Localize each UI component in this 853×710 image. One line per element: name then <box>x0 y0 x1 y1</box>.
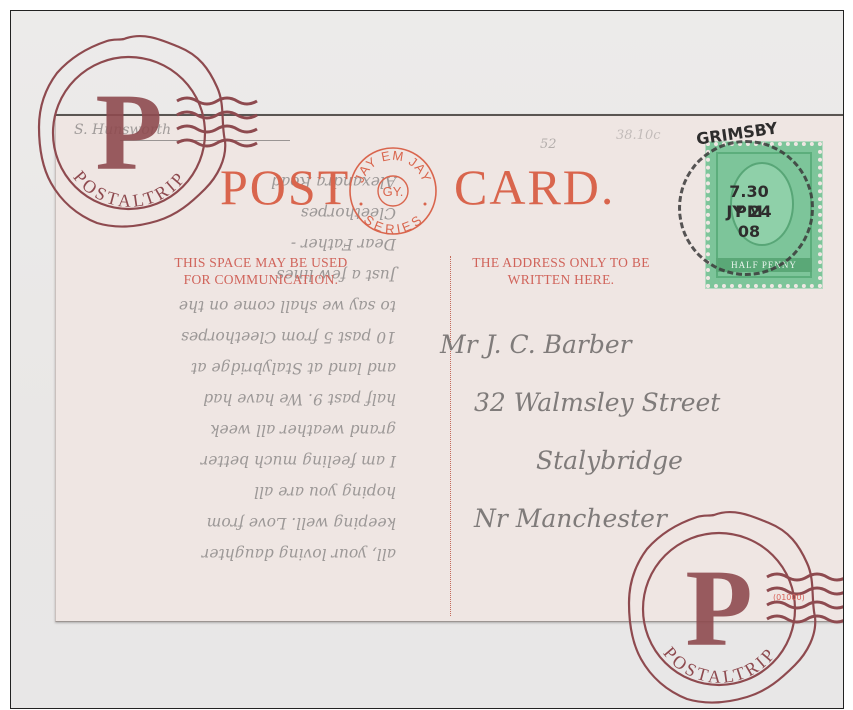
postmark-date: JY 24 <box>724 202 774 222</box>
communication-notice: THIS SPACE MAY BE USED FOR COMMUNICATION… <box>156 254 366 288</box>
address-line: Mr J. C. Barber <box>440 316 720 374</box>
postaltrip-watermark-icon: P POSTALTRIP <box>29 29 259 239</box>
message-line: and land at Stalybridge at <box>66 352 396 383</box>
pencil-mark-1: 52 <box>540 137 557 152</box>
postaltrip-watermark-icon: P POSTALTRIP <box>619 505 844 709</box>
message-line: to say we shall come on the <box>66 290 396 321</box>
postmark-year: 08 <box>724 222 774 242</box>
watermark-code: (01000) <box>773 593 805 602</box>
message-line: 10 past 5 from Cleethorpes <box>66 321 396 352</box>
scan-frame: S. Hunsworth 52 38.10c all, your loving … <box>10 10 844 709</box>
svg-text:P: P <box>95 71 162 193</box>
publisher-logo: JAY EM JAY SERIES GY. <box>348 146 438 236</box>
svg-text:P: P <box>685 547 752 669</box>
message-line: hoping you are all <box>66 476 396 507</box>
address-line: Stalybridge <box>536 432 720 490</box>
svg-text:GY.: GY. <box>383 184 404 199</box>
svg-text:SERIES: SERIES <box>361 212 425 236</box>
svg-text:JAY EM JAY: JAY EM JAY <box>351 148 434 185</box>
message-line: half past 9. We have had <box>66 383 396 414</box>
message-line: grand weather all week <box>66 414 396 445</box>
message-line: I am feeling much better <box>66 445 396 476</box>
message-line: all, your loving daughter <box>66 538 396 569</box>
heading-card: CARD. <box>454 158 615 216</box>
address-line: 32 Walmsley Street <box>474 374 720 432</box>
address-notice: THE ADDRESS ONLY TO BE WRITTEN HERE. <box>441 254 681 288</box>
message-line: keeping well. Love from <box>66 507 396 538</box>
pencil-mark-2: 38.10c <box>616 128 661 143</box>
